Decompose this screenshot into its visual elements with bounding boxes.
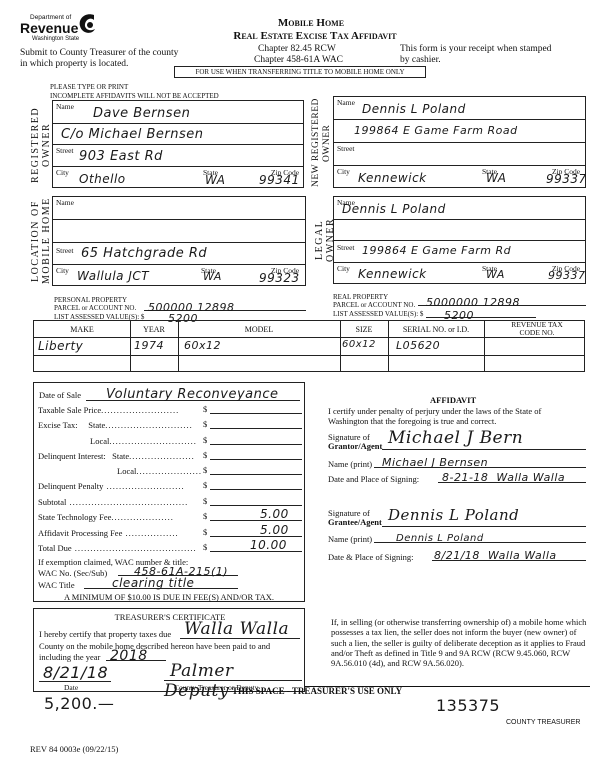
form-title-line2: Real Estate Excise Tax Affidavit xyxy=(0,30,600,42)
grantor-signature: Michael J Bern xyxy=(382,428,523,448)
treasurer-signature-field[interactable]: Palmer Deputy xyxy=(164,661,302,681)
street-label: Street xyxy=(337,144,355,153)
use-banner: FOR USE WHEN TRANSFERRING TITLE TO MOBIL… xyxy=(174,66,426,78)
registered-owner-name[interactable]: Dave Bernsen xyxy=(93,106,190,121)
form-title-line1: Mobile Home xyxy=(0,17,600,29)
location-city[interactable]: Wallula JCT xyxy=(77,269,149,283)
form-number: REV 84 0003e (09/22/15) xyxy=(30,744,118,754)
delinquent-interest-local-field[interactable] xyxy=(210,464,302,475)
minimum-note: A MINIMUM OF $10.00 IS DUE IN FEE(S) AND… xyxy=(33,592,305,602)
wac-title-value: clearing title xyxy=(84,576,194,590)
personal-property-label: PERSONAL PROPERTY PARCEL or ACCOUNT NO. xyxy=(54,296,136,312)
excise-state-field[interactable] xyxy=(210,418,302,429)
currency-symbol: $ xyxy=(203,511,207,521)
grantor-date-label: Date and Place of Signing: xyxy=(328,474,419,484)
city-label: City xyxy=(56,266,69,275)
col-header-size: SIZE xyxy=(340,325,388,334)
wac-title-label: WAC Title xyxy=(38,580,75,590)
affidavit-title: AFFIDAVIT xyxy=(430,395,476,405)
col-header-make: MAKE xyxy=(34,325,130,334)
registered-owner-zip[interactable]: 99341 xyxy=(259,173,300,187)
treasurer-signature: Palmer Deputy xyxy=(164,661,234,701)
registered-owner-label: REGISTEREDOWNER xyxy=(30,100,54,190)
name-label: Name xyxy=(337,98,355,107)
grantee-name-label: Name (print) xyxy=(328,534,372,544)
certificate-line3: including the year xyxy=(39,652,100,662)
currency-symbol: $ xyxy=(203,527,207,537)
legal-owner-label: LEGAL OWNER xyxy=(314,196,334,284)
submit-instruction: Submit to County Treasurer of the county… xyxy=(20,48,178,70)
city-label: City xyxy=(56,168,69,177)
delinquent-penalty-field[interactable] xyxy=(210,479,302,490)
col-header-revenue-tax-code: REVENUE TAX CODE NO. xyxy=(502,321,572,337)
certificate-date: 8/21/18 xyxy=(39,663,108,682)
name-label: Name xyxy=(56,198,74,207)
name-label: Name xyxy=(56,102,74,111)
location-zip[interactable]: 99323 xyxy=(259,271,300,285)
taxable-sale-price-field[interactable] xyxy=(210,403,302,414)
delinquent-interest-state-field[interactable] xyxy=(210,449,302,460)
certificate-county-field[interactable]: Walla Walla xyxy=(180,619,300,639)
col-header-year: YEAR xyxy=(130,325,178,334)
col-header-model: MODEL xyxy=(178,325,340,334)
grantee-name-field[interactable]: Dennis L Poland xyxy=(374,528,586,543)
legal-owner-zip[interactable]: 99337 xyxy=(548,269,586,282)
grantee-date-label: Date & Place of Signing: xyxy=(328,552,413,562)
street-label: Street xyxy=(56,246,74,255)
real-assessed-field[interactable]: 5200 xyxy=(426,306,536,318)
col-header-serial: SERIAL NO. or I.D. xyxy=(388,325,484,334)
table-cell-size[interactable]: 60x12 xyxy=(342,339,376,350)
affidavit-statement: I certify under penalty of perjury under… xyxy=(328,406,541,426)
legal-owner-name[interactable]: Dennis L Poland xyxy=(342,202,446,216)
street-label: Street xyxy=(56,146,74,155)
certificate-date-label: Date xyxy=(64,683,78,692)
city-label: City xyxy=(337,264,350,273)
excise-local-field[interactable] xyxy=(210,434,302,445)
grantee-signature-field[interactable]: Dennis L Poland xyxy=(382,506,586,527)
table-cell-make[interactable]: Liberty xyxy=(38,339,83,353)
currency-symbol: $ xyxy=(203,419,207,429)
treasurer-receipt-number: 135375 xyxy=(436,696,500,715)
grantor-signature-label: Signature of Grantor/Agent xyxy=(328,433,382,451)
certificate-year-field[interactable]: 2018 xyxy=(106,647,166,661)
table-cell-model[interactable]: 60x12 xyxy=(184,339,221,352)
certificate-date-field[interactable]: 8/21/18 xyxy=(39,663,111,682)
grantor-name-label: Name (print) xyxy=(328,459,372,469)
city-label: City xyxy=(337,167,350,176)
chapter-rcw: Chapter 82.45 RCW xyxy=(258,44,336,54)
grantee-signature-label: Signature of Grantee/Agent xyxy=(328,509,382,527)
location-street[interactable]: 65 Hatchgrade Rd xyxy=(81,246,207,261)
certificate-line1: I hereby certify that property taxes due xyxy=(39,629,171,639)
currency-symbol: $ xyxy=(203,465,207,475)
treasurer-certificate-box: TREASURER'S CERTIFICATE I hereby certify… xyxy=(33,608,305,692)
table-cell-serial[interactable]: L05620 xyxy=(396,339,440,352)
new-owner-zip[interactable]: 99337 xyxy=(546,172,587,186)
real-property-parcel-field[interactable]: 5000000 12898 xyxy=(418,293,586,306)
mobile-home-table: MAKE YEAR MODEL SIZE SERIAL NO. or I.D. … xyxy=(33,320,585,372)
new-owner-name-2[interactable]: 199864 E Game Farm Road xyxy=(354,124,518,137)
print-note: PLEASE TYPE OR PRINT xyxy=(50,83,128,91)
currency-symbol: $ xyxy=(203,450,207,460)
location-state[interactable]: WA xyxy=(203,270,222,283)
new-registered-owner-box: Name Dennis L Poland 199864 E Game Farm … xyxy=(333,96,586,188)
total-due-field[interactable]: 10.00 xyxy=(210,536,302,552)
date-of-sale-label: Date of Sale xyxy=(39,390,81,400)
new-owner-name[interactable]: Dennis L Poland xyxy=(362,102,466,116)
registered-owner-name-2[interactable]: C/o Michael Bernsen xyxy=(61,127,203,142)
grantee-signature: Dennis L Poland xyxy=(382,506,519,524)
county-treasurer-label: COUNTY TREASURER xyxy=(506,719,580,726)
grantor-name-field[interactable]: Michael J Bernsen xyxy=(374,453,586,468)
date-of-sale-value: Voluntary Reconveyance xyxy=(86,387,279,402)
certificate-county: Walla Walla xyxy=(180,619,289,639)
certificate-year: 2018 xyxy=(106,648,148,664)
legal-owner-city[interactable]: Kennewick xyxy=(358,267,427,281)
table-cell-year[interactable]: 1974 xyxy=(134,339,164,352)
treasurer-use-heading: THIS SPACE - TREASURER'S USE ONLY xyxy=(232,686,402,696)
real-assessed-label: LIST ASSESSED VALUE(S): $ xyxy=(333,310,423,318)
currency-symbol: $ xyxy=(203,496,207,506)
grantor-date-place: 8-21-18 Walla Walla xyxy=(438,471,565,484)
state-technology-fee-field[interactable]: 5.00 xyxy=(210,505,302,521)
grantee-name: Dennis L Poland xyxy=(374,533,484,544)
grantee-date-place: 8/21/18 Walla Walla xyxy=(432,549,557,562)
legal-owner-street[interactable]: 199864 E Game Farm Rd xyxy=(362,244,511,257)
currency-symbol: $ xyxy=(203,480,207,490)
street-label: Street xyxy=(337,243,355,252)
tax-lien-warning: If, in selling (or otherwise transferrin… xyxy=(331,617,593,668)
grantee-date-place-field[interactable]: 8/21/18 Walla Walla xyxy=(432,546,586,561)
new-owner-state[interactable]: WA xyxy=(486,171,506,185)
new-owner-city[interactable]: Kennewick xyxy=(358,171,427,185)
legal-owner-state[interactable]: WA xyxy=(486,268,505,281)
currency-symbol: $ xyxy=(203,542,207,552)
receipt-note: This form is your receipt when stamped b… xyxy=(400,44,551,66)
registered-owner-street[interactable]: 903 East Rd xyxy=(79,149,163,164)
location-label: LOCATION OFMOBILE HOME xyxy=(30,196,54,286)
date-of-sale-field[interactable]: Voluntary Reconveyance xyxy=(86,385,300,401)
currency-symbol: $ xyxy=(203,404,207,414)
real-property-label: REAL PROPERTY PARCEL or ACCOUNT NO. xyxy=(333,293,415,309)
registered-owner-city[interactable]: Othello xyxy=(79,172,126,186)
currency-symbol: $ xyxy=(203,435,207,445)
incomplete-note: INCOMPLETE AFFIDAVITS WILL NOT BE ACCEPT… xyxy=(50,92,219,100)
affidavit-processing-fee-field[interactable]: 5.00 xyxy=(210,521,302,537)
chapter-wac: Chapter 458-61A WAC xyxy=(254,55,343,65)
registered-owner-box: Name Dave Bernsen C/o Michael Bernsen St… xyxy=(52,100,304,188)
legal-owner-box: Name Dennis L Poland Street 199864 E Gam… xyxy=(333,196,586,284)
wac-title-field[interactable]: clearing title xyxy=(84,574,238,589)
grantor-date-place-field[interactable]: 8-21-18 Walla Walla xyxy=(438,468,586,483)
grantor-signature-field[interactable]: Michael J Bern xyxy=(382,428,586,450)
treasurer-amount: 5,200.— xyxy=(44,694,114,713)
location-box: Name Street 65 Hatchgrade Rd City Wallul… xyxy=(52,196,306,286)
registered-owner-state[interactable]: WA xyxy=(205,173,225,187)
